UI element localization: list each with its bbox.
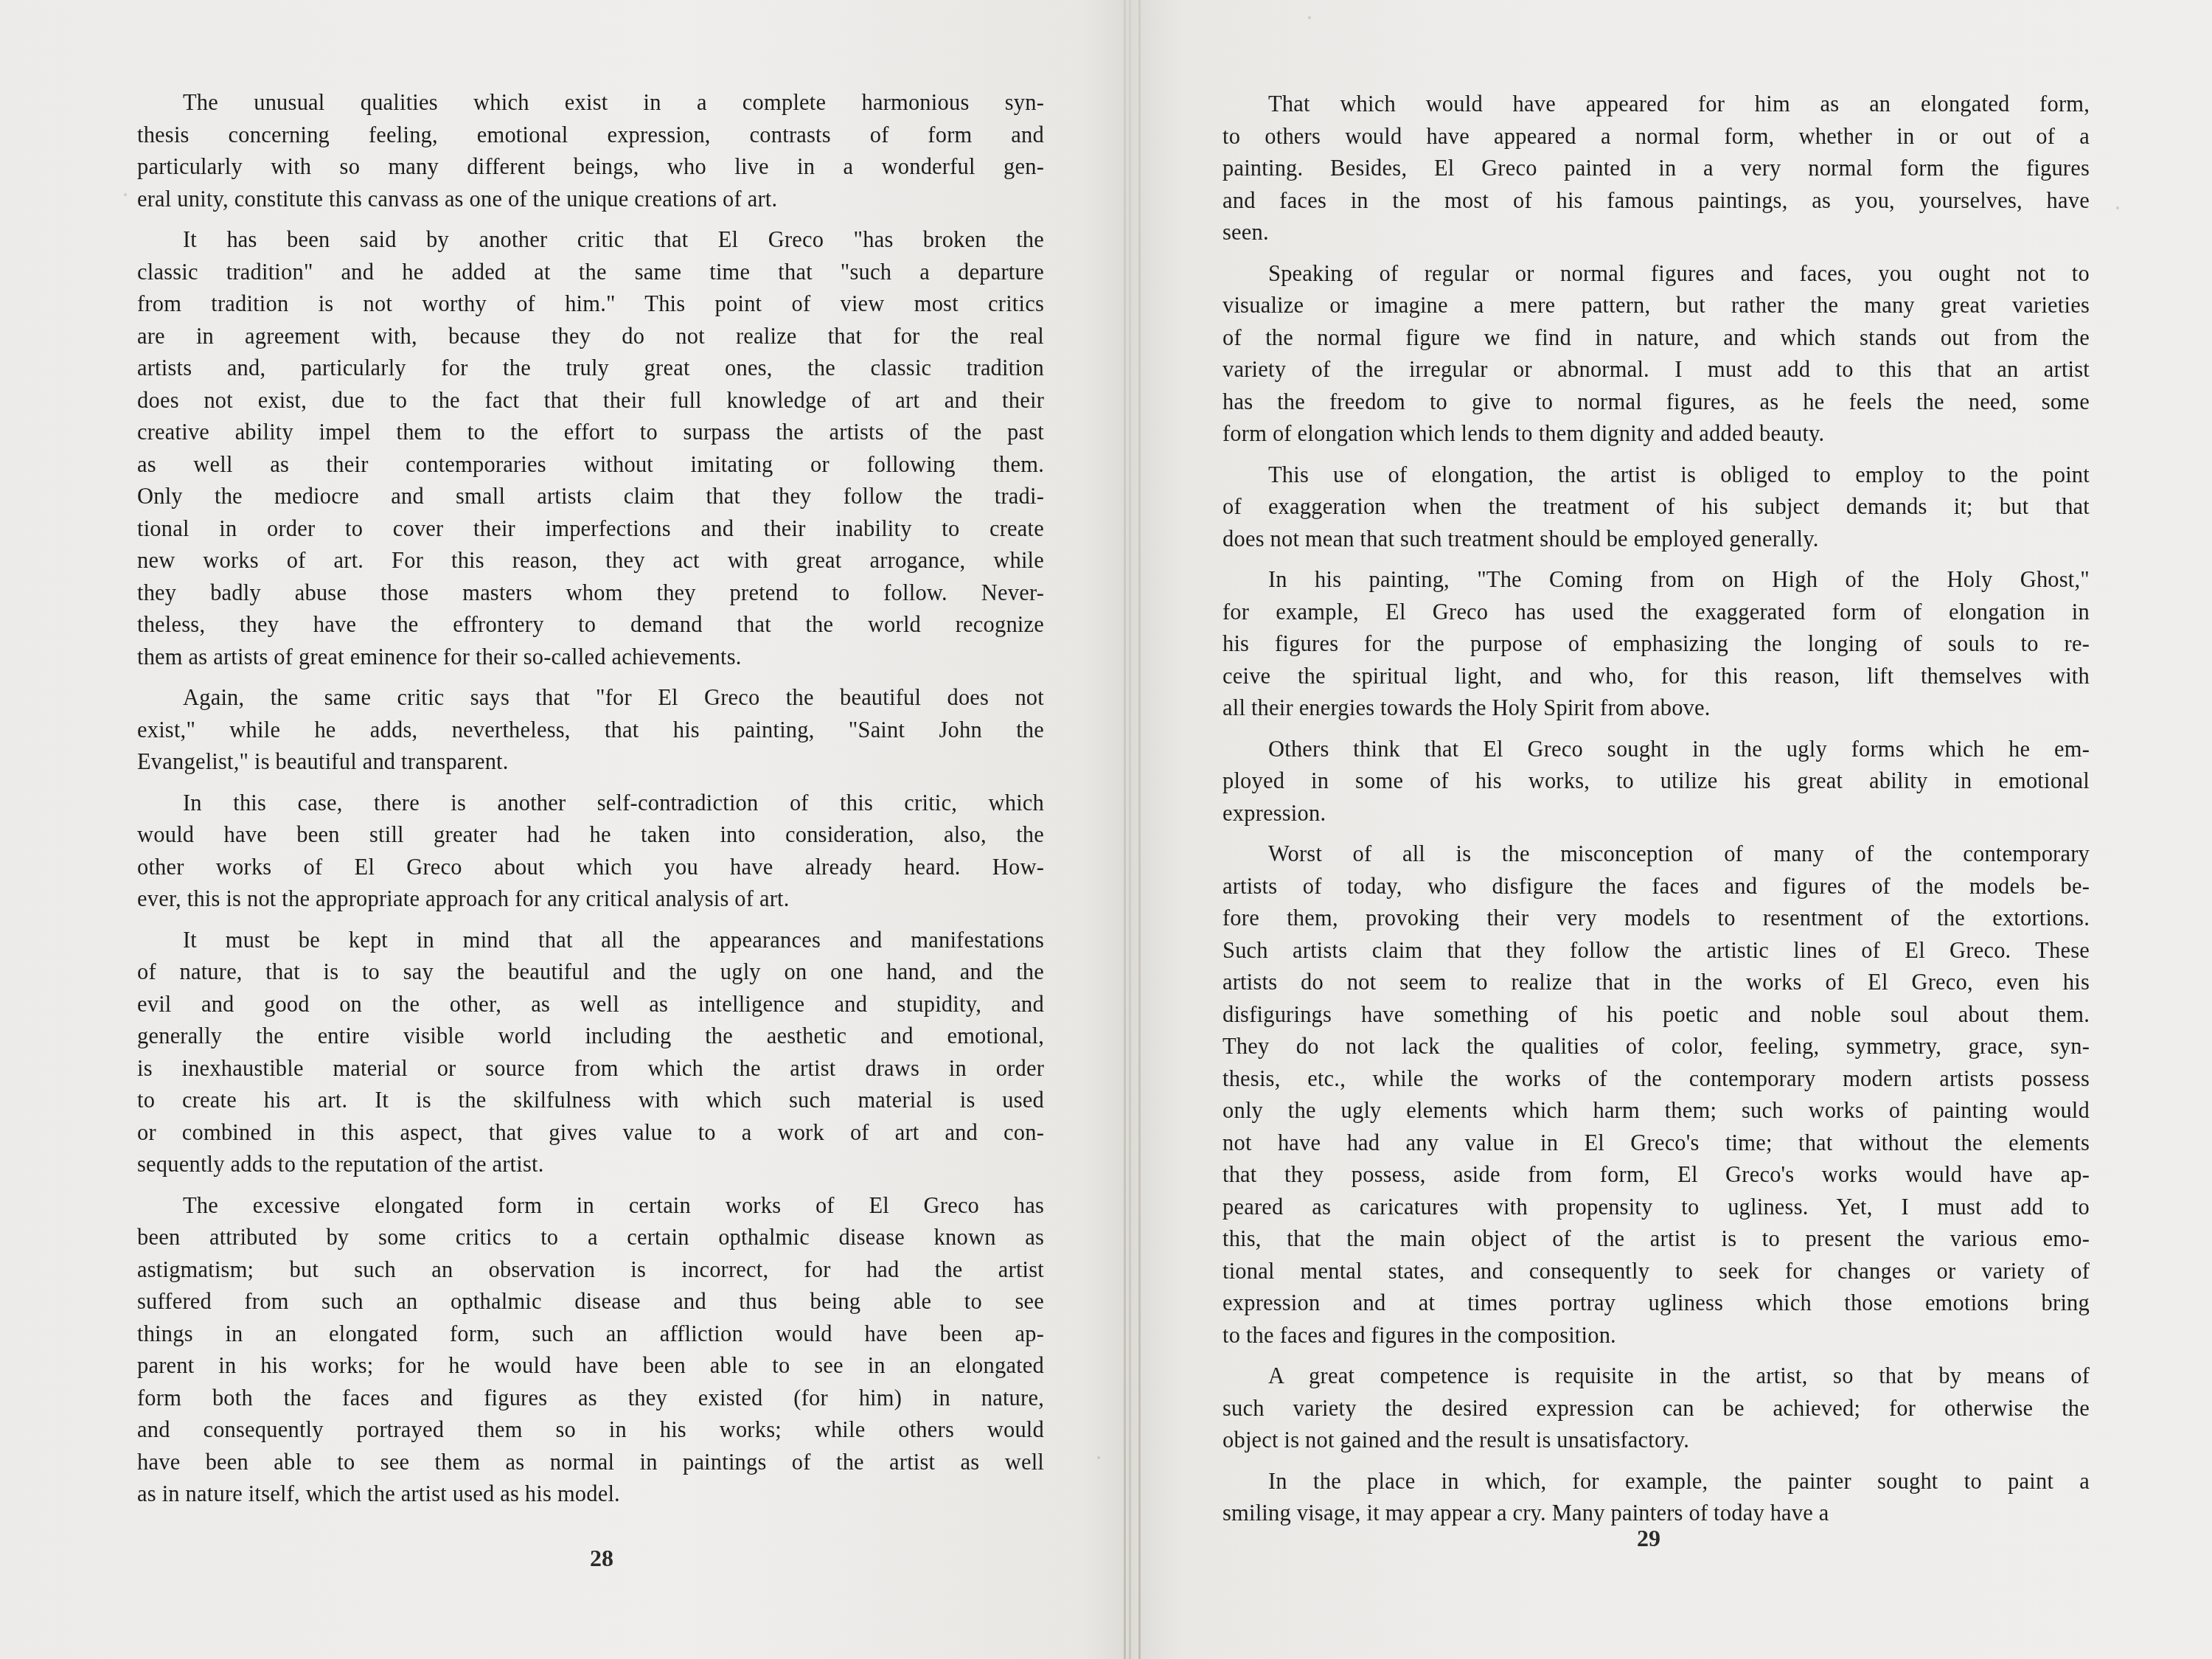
text-line: It has been said by another critic that … — [137, 224, 1044, 257]
text-line: The excessive elongated form in certain … — [137, 1190, 1044, 1222]
text-line: It must be kept in mind that all the app… — [137, 925, 1044, 957]
text-line: Others think that El Greco sought in the… — [1222, 734, 2090, 766]
text-line: for example, El Greco has used the exagg… — [1222, 597, 2090, 629]
text-line: as in nature itself, which the artist us… — [137, 1478, 1044, 1511]
text-line: They do not lack the qualities of color,… — [1222, 1031, 2090, 1063]
paragraph: The unusual qualities which exist in a c… — [137, 87, 1044, 215]
text-line: all their energies towards the Holy Spir… — [1222, 692, 2090, 725]
text-line: this, that the main object of the artist… — [1222, 1223, 2090, 1256]
text-line: creative ability impel them to the effor… — [137, 417, 1044, 449]
text-line: The unusual qualities which exist in a c… — [137, 87, 1044, 119]
paragraph: Again, the same critic says that "for El… — [137, 682, 1044, 779]
paragraph: Worst of all is the misconception of man… — [1222, 838, 2090, 1352]
text-line: to others would have appeared a normal f… — [1222, 121, 2090, 153]
text-line: sequently adds to the reputation of the … — [137, 1149, 1044, 1181]
paragraph: In the place in which, for example, the … — [1222, 1466, 2090, 1530]
paper-speck — [1308, 16, 1311, 19]
paragraph: This use of elongation, the artist is ob… — [1222, 459, 2090, 556]
paragraph: A great competence is requisite in the a… — [1222, 1360, 2090, 1457]
text-line: they badly abuse those masters whom they… — [137, 577, 1044, 610]
paragraph: In this case, there is another self-cont… — [137, 787, 1044, 916]
text-line: generally the entire visible world inclu… — [137, 1020, 1044, 1053]
text-line: In the place in which, for example, the … — [1222, 1466, 2090, 1498]
text-line: disfigurings have something of his poeti… — [1222, 999, 2090, 1032]
text-line: of exaggeration when the treatment of hi… — [1222, 491, 2090, 524]
text-line: exist," while he adds, nevertheless, tha… — [137, 714, 1044, 747]
text-line: Worst of all is the misconception of man… — [1222, 838, 2090, 871]
text-line: Only the mediocre and small artists clai… — [137, 481, 1044, 513]
paragraph: Others think that El Greco sought in the… — [1222, 734, 2090, 830]
text-line: artists do not seem to realize that in t… — [1222, 967, 2090, 999]
right-page: That which would have appeared for him a… — [1128, 0, 2212, 1659]
text-line: artists of today, who disfigure the face… — [1222, 871, 2090, 903]
text-line: visualize or imagine a mere pattern, but… — [1222, 290, 2090, 322]
text-line: form both the faces and figures as they … — [137, 1382, 1044, 1415]
paragraph: It has been said by another critic that … — [137, 224, 1044, 673]
text-line: ployed in some of his works, to utilize … — [1222, 765, 2090, 798]
paragraph: It must be kept in mind that all the app… — [137, 925, 1044, 1181]
text-line: or combined in this aspect, that gives v… — [137, 1117, 1044, 1150]
paragraph: In his painting, "The Coming from on Hig… — [1222, 564, 2090, 725]
text-line: them as artists of great eminence for th… — [137, 641, 1044, 674]
text-line: This use of elongation, the artist is ob… — [1222, 459, 2090, 492]
text-line: of nature, that is to say the beautiful … — [137, 956, 1044, 989]
text-line: painting. Besides, El Greco painted in a… — [1222, 153, 2090, 185]
text-line: A great competence is requisite in the a… — [1222, 1360, 2090, 1393]
text-line: and faces in the most of his famous pain… — [1222, 185, 2090, 218]
text-line: not have had any value in El Greco's tim… — [1222, 1127, 2090, 1160]
text-line: classic tradition" and he added at the s… — [137, 257, 1044, 289]
book-spread: The unusual qualities which exist in a c… — [0, 0, 2212, 1659]
text-line: his figures for the purpose of emphasizi… — [1222, 628, 2090, 661]
text-line: evil and good on the other, as well as i… — [137, 989, 1044, 1021]
text-line: and consequently portrayed them so in hi… — [137, 1414, 1044, 1447]
paragraph: The excessive elongated form in certain … — [137, 1190, 1044, 1511]
paragraph: Speaking of regular or normal figures an… — [1222, 258, 2090, 451]
text-line: only the ugly elements which harm them; … — [1222, 1095, 2090, 1127]
page-number-left: 28 — [590, 1545, 613, 1572]
text-line: particularly with so many different bein… — [137, 151, 1044, 184]
text-line: expression. — [1222, 798, 2090, 830]
paper-speck — [1097, 1456, 1100, 1459]
paper-speck — [2116, 206, 2119, 209]
text-line: of the normal figure we find in nature, … — [1222, 322, 2090, 355]
text-line: has the freedom to give to normal figure… — [1222, 386, 2090, 419]
text-line: parent in his works; for he would have b… — [137, 1350, 1044, 1382]
text-line: other works of El Greco about which you … — [137, 852, 1044, 884]
text-line: Such artists claim that they follow the … — [1222, 935, 2090, 967]
text-line: thesis concerning feeling, emotional exp… — [137, 119, 1044, 152]
text-line: peared as caricatures with propensity to… — [1222, 1192, 2090, 1224]
text-line: are in agreement with, because they do n… — [137, 321, 1044, 353]
text-line: eral unity, constitute this canvass as o… — [137, 184, 1044, 216]
text-line: seen. — [1222, 217, 2090, 249]
text-line: from tradition is not worthy of him." Th… — [137, 288, 1044, 321]
text-line: tional mental states, and consequently t… — [1222, 1256, 2090, 1288]
text-line: things in an elongated form, such an aff… — [137, 1318, 1044, 1351]
text-line: new works of art. For this reason, they … — [137, 545, 1044, 577]
text-line: would have been still greater had he tak… — [137, 819, 1044, 852]
text-line: does not exist, due to the fact that the… — [137, 385, 1044, 417]
text-line: suffered from such an opthalmic disease … — [137, 1286, 1044, 1318]
text-line: to the faces and figures in the composit… — [1222, 1320, 2090, 1352]
text-line: variety of the irregular or abnormal. I … — [1222, 354, 2090, 386]
text-line: astigmatism; but such an observation is … — [137, 1254, 1044, 1287]
text-line: such variety the desired expression can … — [1222, 1393, 2090, 1425]
right-page-text: That which would have appeared for him a… — [1222, 88, 2090, 1539]
text-line: object is not gained and the result is u… — [1222, 1425, 2090, 1457]
text-line: Again, the same critic says that "for El… — [137, 682, 1044, 714]
text-line: form of elongation which lends to them d… — [1222, 418, 2090, 451]
text-line: fore them, provoking their very models t… — [1222, 902, 2090, 935]
text-line: That which would have appeared for him a… — [1222, 88, 2090, 121]
text-line: ever, this is not the appropriate approa… — [137, 883, 1044, 916]
text-line: thesis, etc., while the works of the con… — [1222, 1063, 2090, 1096]
text-line: to create his art. It is the skilfulness… — [137, 1085, 1044, 1117]
text-line: is inexhaustible material or source from… — [137, 1053, 1044, 1085]
text-line: expression and at times portray ugliness… — [1222, 1287, 2090, 1320]
left-page-text: The unusual qualities which exist in a c… — [137, 87, 1044, 1520]
text-line: In this case, there is another self-cont… — [137, 787, 1044, 820]
text-line: In his painting, "The Coming from on Hig… — [1222, 564, 2090, 597]
text-line: artists and, particularly for the truly … — [137, 352, 1044, 385]
text-line: been attributed by some critics to a cer… — [137, 1222, 1044, 1254]
text-line: ceive the spiritual light, and who, for … — [1222, 661, 2090, 693]
text-line: does not mean that such treatment should… — [1222, 524, 2090, 556]
page-number-right: 29 — [1637, 1525, 1660, 1552]
paragraph: That which would have appeared for him a… — [1222, 88, 2090, 249]
text-line: that they possess, aside from form, El G… — [1222, 1159, 2090, 1192]
text-line: Speaking of regular or normal figures an… — [1222, 258, 2090, 291]
left-page: The unusual qualities which exist in a c… — [0, 0, 1128, 1659]
text-line: tional in order to cover their imperfect… — [137, 513, 1044, 546]
text-line: as well as their contemporaries without … — [137, 449, 1044, 481]
text-line: theless, they have the effrontery to dem… — [137, 609, 1044, 641]
text-line: Evangelist," is beautiful and transparen… — [137, 746, 1044, 779]
text-line: have been able to see them as normal in … — [137, 1447, 1044, 1479]
paper-speck — [124, 193, 127, 196]
